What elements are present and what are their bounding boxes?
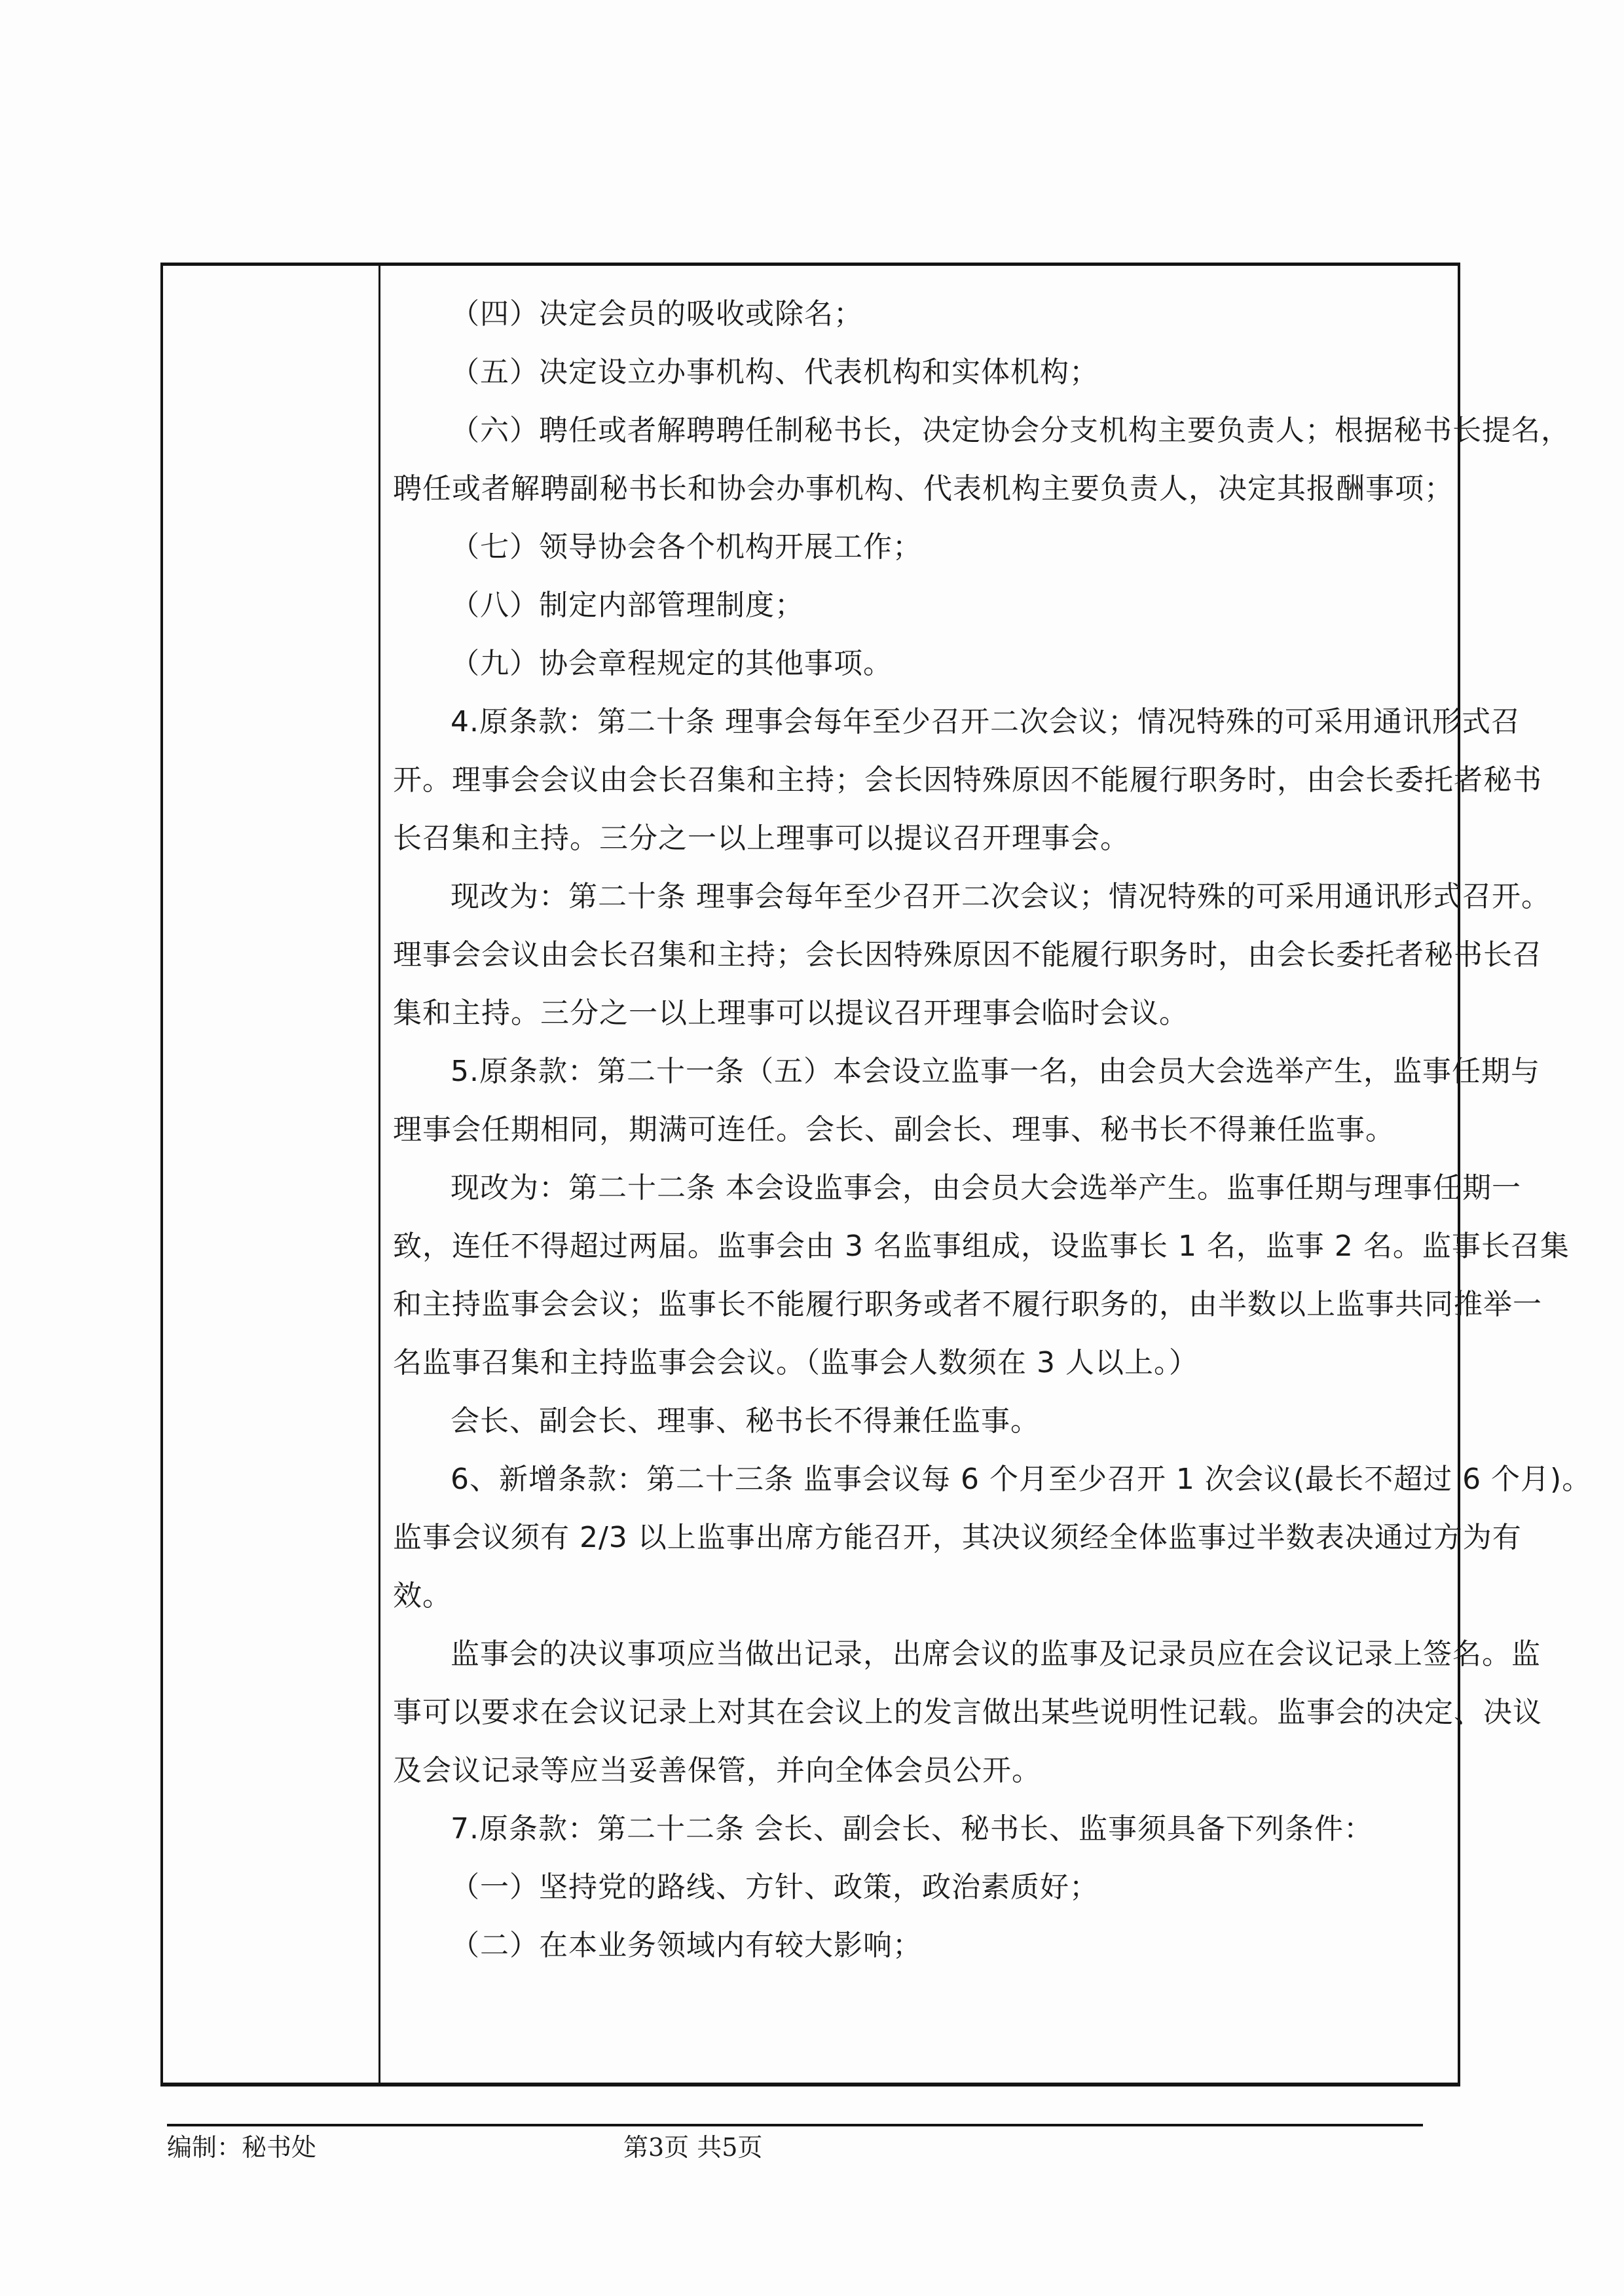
text-line: 监事会议须有 2/3 以上监事出席方能召开，其决议须经全体监事过半数表决通过方为… — [393, 1508, 1444, 1567]
text-line: 致，连任不得超过两届。监事会由 3 名监事组成，设监事长 1 名，监事 2 名。… — [393, 1217, 1444, 1275]
text-line: 名监事召集和主持监事会会议。（监事会人数须在 3 人以上。） — [393, 1334, 1444, 1392]
text-line: 和主持监事会会议；监事长不能履行职务或者不履行职务的，由半数以上监事共同推举一 — [393, 1275, 1444, 1334]
text-line: 监事会的决议事项应当做出记录，出席会议的监事及记录员应在会议记录上签名。监 — [393, 1625, 1444, 1683]
text-line: （二）在本业务领域内有较大影响； — [393, 1916, 1444, 1975]
text-line: 会长、副会长、理事、秘书长不得兼任监事。 — [393, 1392, 1444, 1450]
text-line: 理事会任期相同，期满可连任。会长、副会长、理事、秘书长不得兼任监事。 — [393, 1101, 1444, 1159]
label-cell — [163, 266, 378, 2083]
text-line: 5.原条款：第二十一条（五）本会设立监事一名，由会员大会选举产生，监事任期与 — [393, 1042, 1444, 1101]
text-line: 现改为：第二十二条 本会设监事会，由会员大会选举产生。监事任期与理事任期一 — [393, 1159, 1444, 1217]
text-line: （八）制定内部管理制度； — [393, 576, 1444, 634]
text-line: 7.原条款：第二十二条 会长、副会长、秘书长、监事须具备下列条件： — [393, 1800, 1444, 1858]
footer-compiled-by: 编制：秘书处 — [167, 2131, 316, 2164]
text-line: 效。 — [393, 1567, 1444, 1625]
text-line: 长召集和主持。三分之一以上理事可以提议召开理事会。 — [393, 809, 1444, 867]
text-line: （九）协会章程规定的其他事项。 — [393, 634, 1444, 693]
text-line: 事可以要求在会议记录上对其在会议上的发言做出某些说明性记载。监事会的决定、决议 — [393, 1683, 1444, 1741]
text-line: （五）决定设立办事机构、代表机构和实体机构； — [393, 343, 1444, 401]
text-line: 6、新增条款：第二十三条 监事会议每 6 个月至少召开 1 次会议(最长不超过 … — [393, 1450, 1444, 1508]
text-line: （四）决定会员的吸收或除名； — [393, 285, 1444, 343]
page-number: 第3页 共5页 — [623, 2131, 762, 2164]
text-line: 集和主持。三分之一以上理事可以提议召开理事会临时会议。 — [393, 984, 1444, 1042]
text-line: 及会议记录等应当妥善保管，并向全体会员公开。 — [393, 1741, 1444, 1800]
footer-divider — [167, 2124, 1423, 2126]
text-line: 聘任或者解聘副秘书长和协会办事机构、代表机构主要负责人，决定其报酬事项； — [393, 460, 1444, 518]
document-page: （四）决定会员的吸收或除名； （五）决定设立办事机构、代表机构和实体机构； （六… — [0, 0, 1624, 2296]
text-line: 理事会会议由会长召集和主持；会长因特殊原因不能履行职务时，由会长委托者秘书长召 — [393, 926, 1444, 984]
text-line: （七）领导协会各个机构开展工作； — [393, 518, 1444, 576]
text-line: （一）坚持党的路线、方针、政策，政治素质好； — [393, 1858, 1444, 1916]
column-divider — [378, 263, 380, 2086]
text-line: 4.原条款：第二十条 理事会每年至少召开二次会议；情况特殊的可采用通讯形式召 — [393, 693, 1444, 751]
text-line: （六）聘任或者解聘聘任制秘书长，决定协会分支机构主要负责人；根据秘书长提名， — [393, 401, 1444, 460]
text-line: 现改为：第二十条 理事会每年至少召开二次会议；情况特殊的可采用通讯形式召开。 — [393, 867, 1444, 926]
content-cell: （四）决定会员的吸收或除名； （五）决定设立办事机构、代表机构和实体机构； （六… — [393, 285, 1444, 1975]
text-line: 开。理事会会议由会长召集和主持；会长因特殊原因不能履行职务时，由会长委托者秘书 — [393, 751, 1444, 809]
